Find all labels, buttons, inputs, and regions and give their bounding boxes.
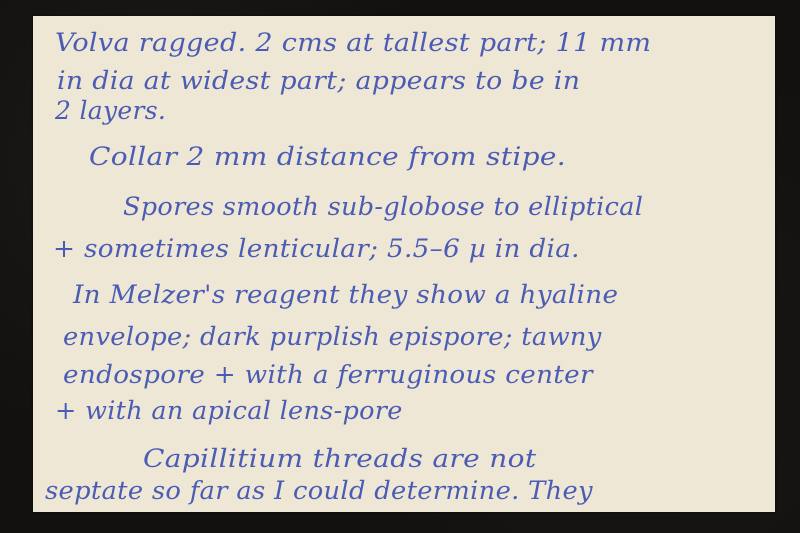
handwritten-line: 2 layers. xyxy=(55,96,166,125)
handwritten-line: septate so far as I could determine. The… xyxy=(45,476,593,505)
handwritten-line: envelope; dark purplish epispore; tawny xyxy=(63,322,602,351)
handwritten-line: Spores smooth sub-globose to elliptical xyxy=(123,192,643,221)
handwritten-line: in dia at widest part; appears to be in xyxy=(57,66,580,95)
handwritten-line: + with an apical lens-pore xyxy=(55,396,403,425)
note-card: Volva ragged. 2 cms at tallest part; 11 … xyxy=(33,16,775,512)
handwritten-line: Collar 2 mm distance from stipe. xyxy=(89,142,566,171)
handwritten-line: In Melzer's reagent they show a hyaline xyxy=(73,280,618,309)
handwritten-line: Volva ragged. 2 cms at tallest part; 11 … xyxy=(55,28,651,57)
handwritten-line: Capillitium threads are not xyxy=(143,444,536,473)
handwritten-line: + sometimes lenticular; 5.5–6 µ in dia. xyxy=(53,234,580,263)
handwritten-line: endospore + with a ferruginous center xyxy=(63,360,593,389)
